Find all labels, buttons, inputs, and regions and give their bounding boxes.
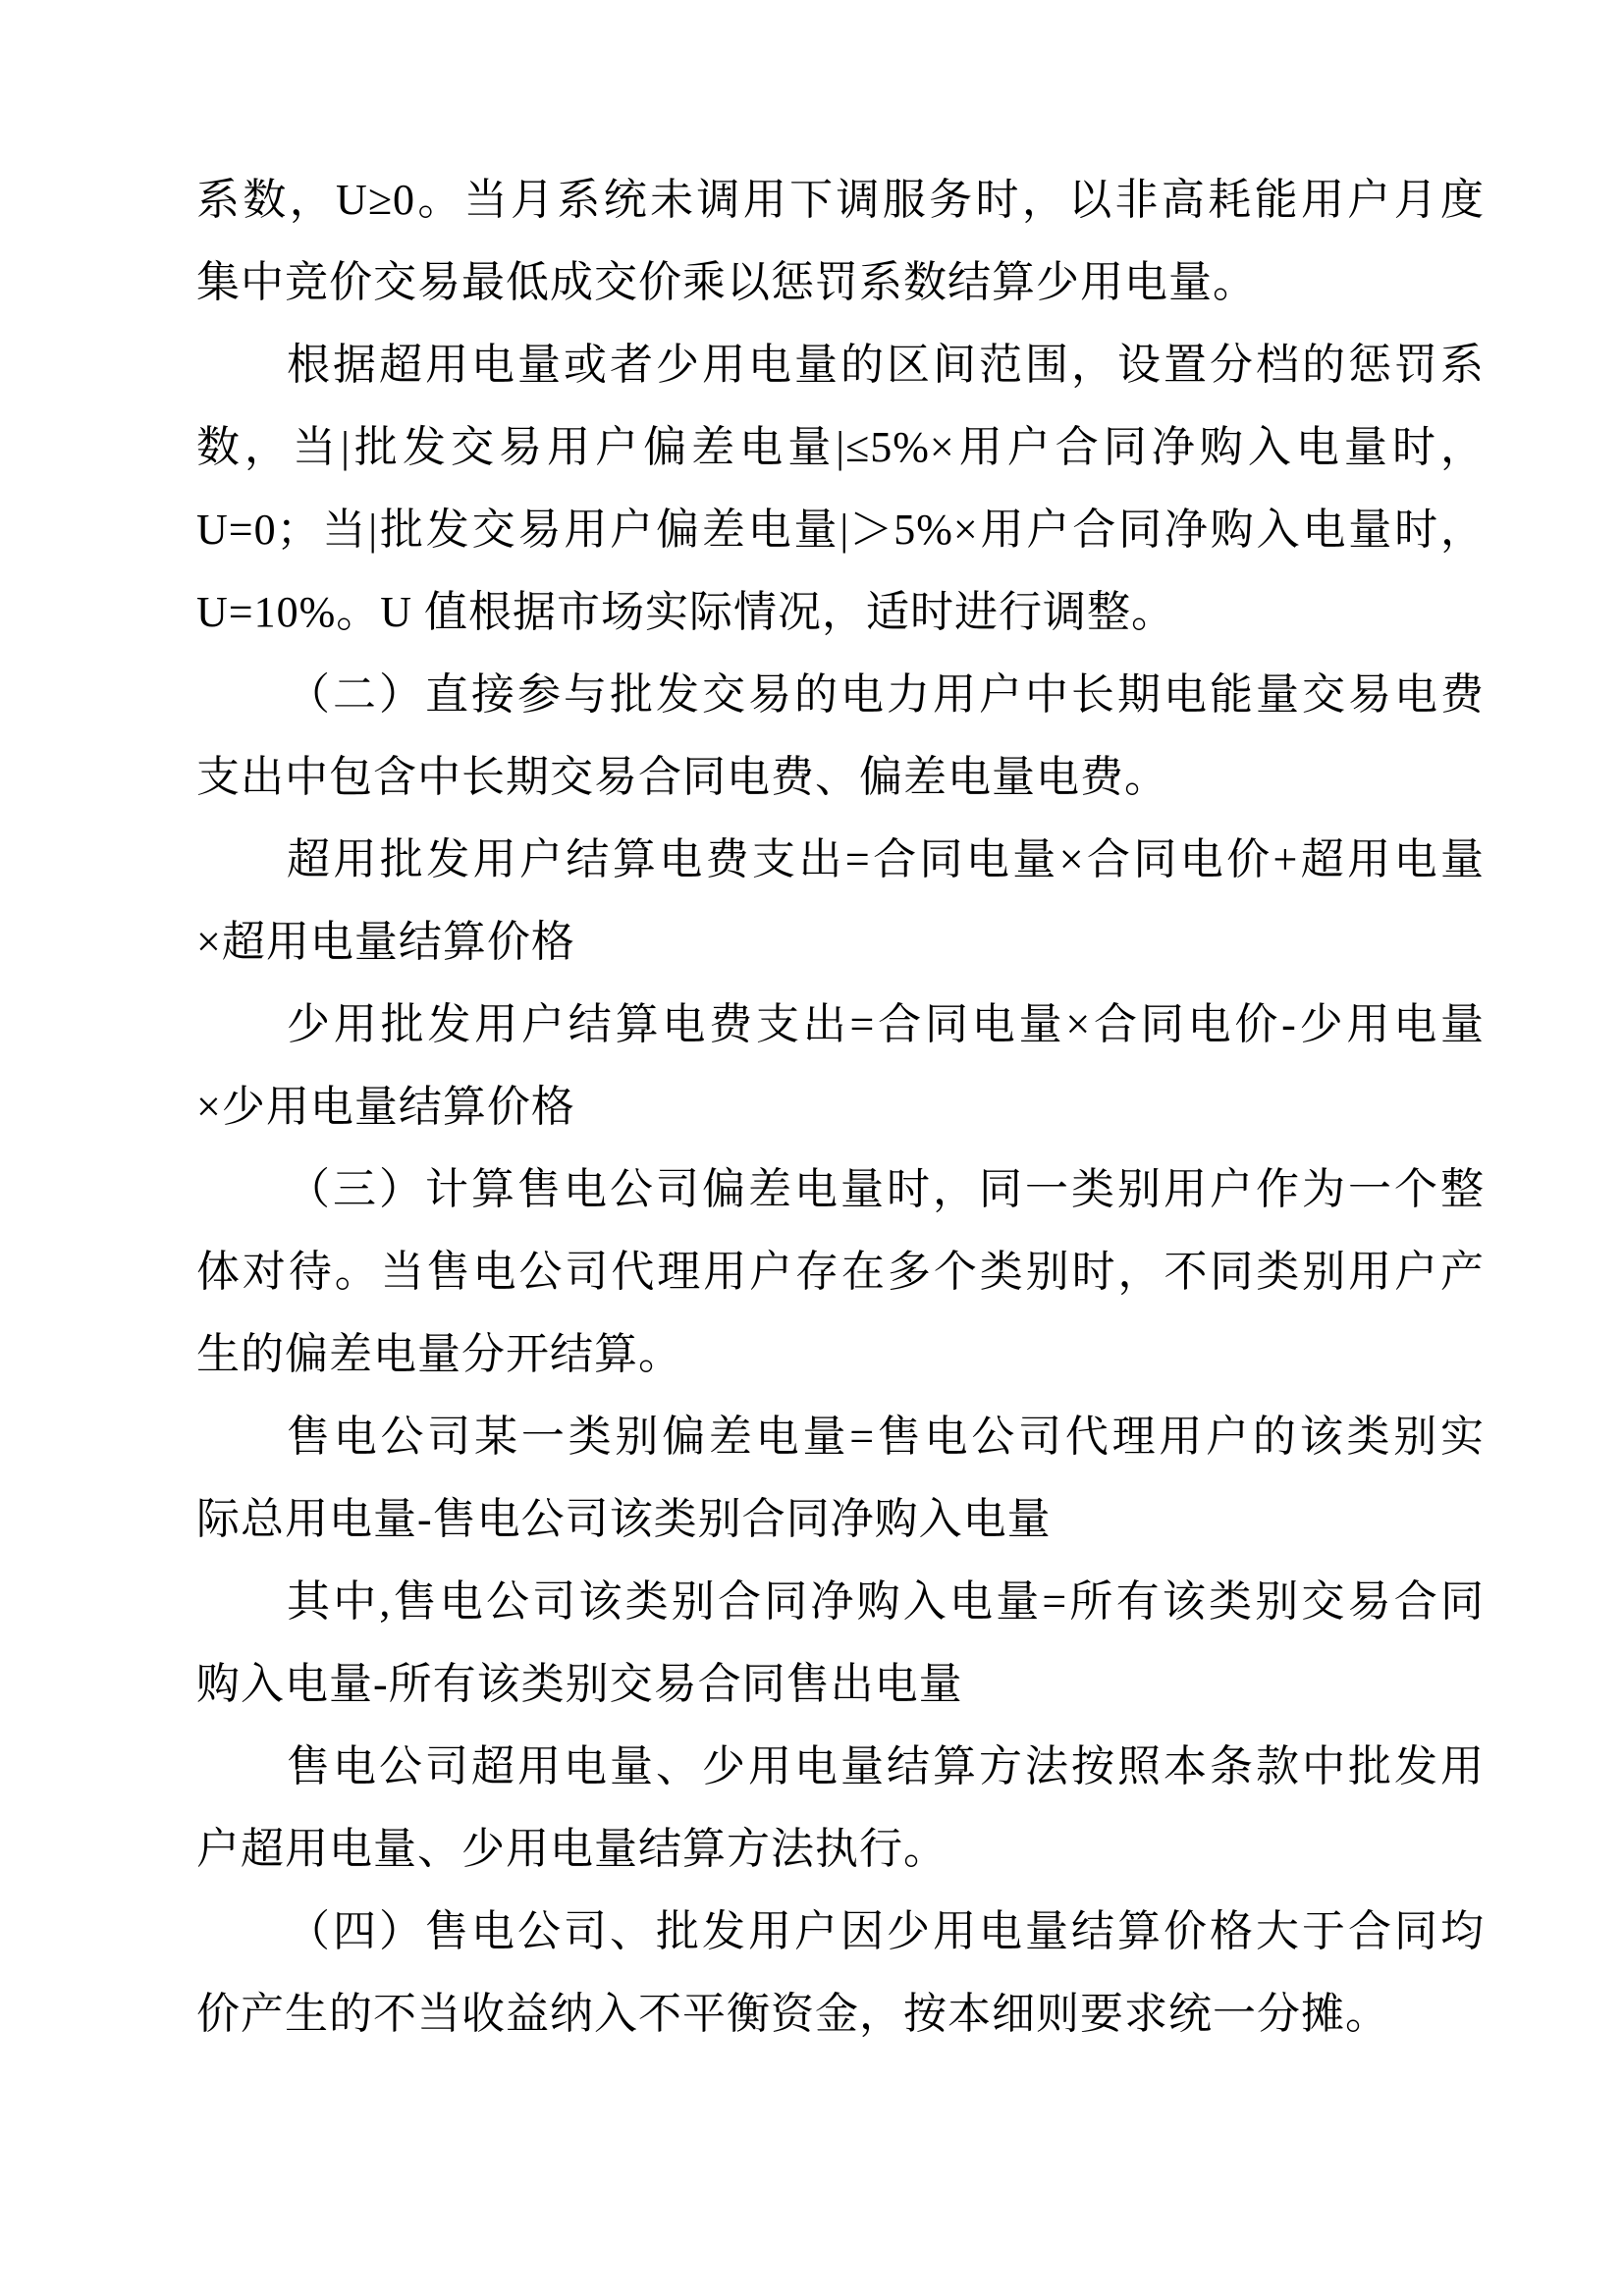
text-line: 售电公司超用电量、少用电量结算方法按照本条款中批发用 — [196, 1726, 1485, 1808]
text-line: 际总用电量-售电公司该类别合同净购入电量 — [196, 1478, 1485, 1561]
text-line: 购入电量-所有该类别交易合同售出电量 — [196, 1643, 1485, 1726]
text-line: 价产生的不当收益纳入不平衡资金，按本细则要求统一分摊。 — [196, 1973, 1485, 2056]
text-line: 超用批发用户结算电费支出=合同电量×合同电价+超用电量 — [196, 819, 1485, 901]
text-line: ×超用电量结算价格 — [196, 901, 1485, 984]
text-line: 数，当|批发交易用户偏差电量|≤5%×用户合同净购入电量时， — [196, 406, 1485, 489]
text-line: ×少用电量结算价格 — [196, 1066, 1485, 1148]
text-line: （三）计算售电公司偏差电量时，同一类别用户作为一个整 — [196, 1148, 1485, 1231]
text-line: 支出中包含中长期交易合同电费、偏差电量电费。 — [196, 736, 1485, 819]
document-page: 系数，U≥0。当月系统未调用下调服务时，以非高耗能用户月度集中竞价交易最低成交价… — [0, 0, 1624, 2296]
text-line: 集中竞价交易最低成交价乘以惩罚系数结算少用电量。 — [196, 241, 1485, 324]
text-line: （二）直接参与批发交易的电力用户中长期电能量交易电费 — [196, 654, 1485, 736]
text-line: 系数，U≥0。当月系统未调用下调服务时，以非高耗能用户月度 — [196, 159, 1485, 241]
text-line: （四）售电公司、批发用户因少用电量结算价格大于合同均 — [196, 1891, 1485, 1973]
text-line: 根据超用电量或者少用电量的区间范围，设置分档的惩罚系 — [196, 324, 1485, 406]
text-line: U=0；当|批发交易用户偏差电量|＞5%×用户合同净购入电量时， — [196, 489, 1485, 571]
document-text-block: 系数，U≥0。当月系统未调用下调服务时，以非高耗能用户月度集中竞价交易最低成交价… — [196, 159, 1485, 2056]
text-line: 少用批发用户结算电费支出=合同电量×合同电价-少用电量 — [196, 984, 1485, 1066]
text-line: 售电公司某一类别偏差电量=售电公司代理用户的该类别实 — [196, 1396, 1485, 1478]
text-line: U=10%。U 值根据市场实际情况，适时进行调整。 — [196, 571, 1485, 654]
text-line: 其中,售电公司该类别合同净购入电量=所有该类别交易合同 — [196, 1561, 1485, 1643]
text-line: 户超用电量、少用电量结算方法执行。 — [196, 1808, 1485, 1891]
text-line: 体对待。当售电公司代理用户存在多个类别时，不同类别用户产 — [196, 1231, 1485, 1313]
text-line: 生的偏差电量分开结算。 — [196, 1313, 1485, 1396]
